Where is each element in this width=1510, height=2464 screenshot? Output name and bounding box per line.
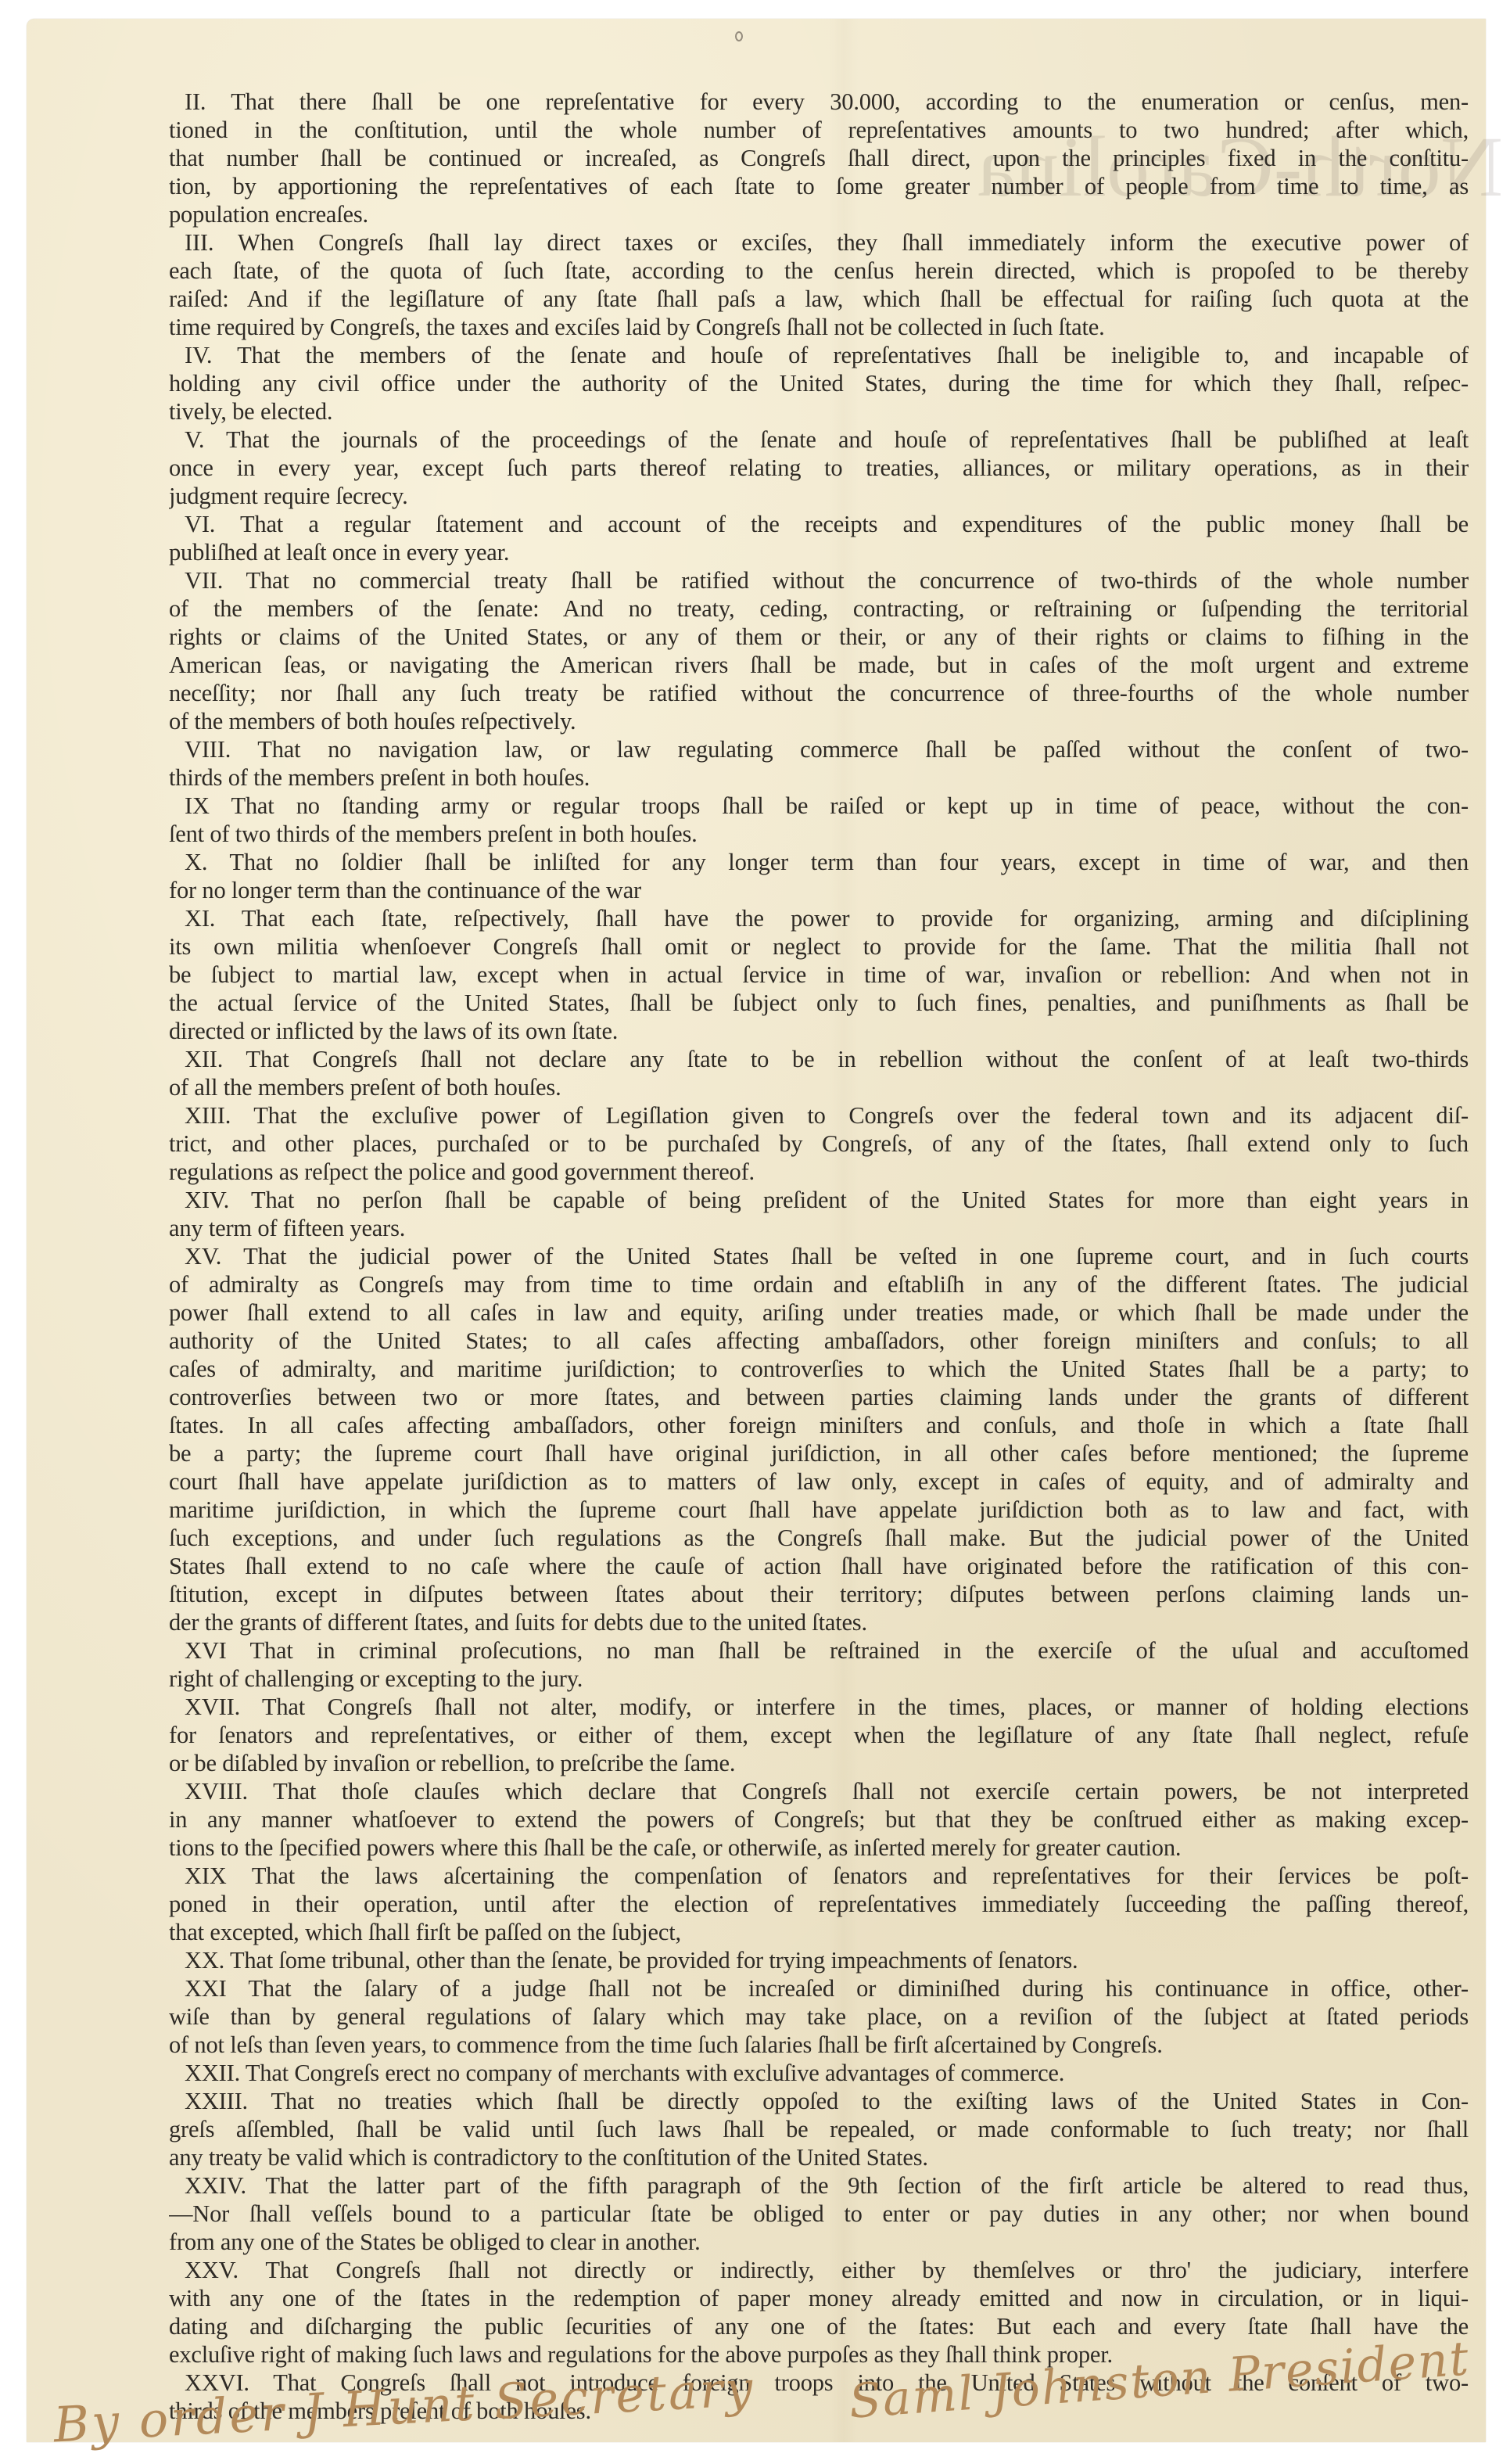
- article-first-line: XVI That in criminal proſecutions, no ma…: [169, 1636, 1469, 1665]
- text-line: —Nor ſhall veſſels bound to a particular…: [169, 2200, 1469, 2228]
- text-line: court ſhall have appelate juriſdiction a…: [169, 1467, 1469, 1496]
- text-line: of the members of both houſes reſpective…: [169, 707, 1469, 735]
- text-line: regulations as reſpect the police and go…: [169, 1158, 1469, 1186]
- article-first-line: XXIII. That no treaties which ſhall be d…: [169, 2087, 1469, 2115]
- text-line: ſtitution, except in diſputes between ſt…: [169, 1580, 1469, 1608]
- text-line: any term of fifteen years.: [169, 1214, 1469, 1242]
- text-line: or be diſabled by invaſion or rebellion,…: [169, 1749, 1469, 1777]
- text-line: that number ſhall be continued or increa…: [169, 144, 1469, 172]
- text-line: trict, and other places, purchaſed or to…: [169, 1130, 1469, 1158]
- text-line: American ſeas, or navigating the America…: [169, 651, 1469, 679]
- article-first-line: VIII. That no navigation law, or law reg…: [169, 735, 1469, 763]
- text-line: directed or inflicted by the laws of its…: [169, 1017, 1469, 1045]
- text-line: the actual ſervice of the United States,…: [169, 989, 1469, 1017]
- text-line: be ſubject to martial law, except when i…: [169, 961, 1469, 989]
- article-first-line: XXII. That Congreſs erect no company of …: [169, 2059, 1469, 2087]
- article-first-line: XII. That Congreſs ſhall not declare any…: [169, 1045, 1469, 1073]
- text-line: holding any civil office under the autho…: [169, 369, 1469, 397]
- text-line: caſes of admiralty, and maritime juriſdi…: [169, 1355, 1469, 1383]
- text-line: ſent of two thirds of the members preſen…: [169, 820, 1469, 848]
- text-line: tion, by apportioning the repreſentative…: [169, 172, 1469, 200]
- text-line: for no longer term than the continuance …: [169, 876, 1469, 904]
- text-line: tively, be elected.: [169, 397, 1469, 426]
- text-line: right of challenging or excepting to the…: [169, 1665, 1469, 1693]
- text-line: tioned in the conſtitution, until the wh…: [169, 116, 1469, 144]
- article-first-line: XVIII. That thoſe clauſes which declare …: [169, 1777, 1469, 1805]
- article-first-line: XV. That the judicial power of the Unite…: [169, 1242, 1469, 1270]
- article-first-line: X. That no ſoldier ſhall be inliſted for…: [169, 848, 1469, 876]
- text-line: its own militia whenſoever Congreſs ſhal…: [169, 932, 1469, 961]
- text-line: be a party; the ſupreme court ſhall have…: [169, 1439, 1469, 1467]
- article-first-line: III. When Congreſs ſhall lay direct taxe…: [169, 228, 1469, 257]
- text-line: States ſhall extend to no caſe where the…: [169, 1552, 1469, 1580]
- text-line: thirds of the members preſent in both ho…: [169, 763, 1469, 792]
- text-line: time required by Congreſs, the taxes and…: [169, 313, 1469, 341]
- text-line: ſuch exceptions, and under ſuch regulati…: [169, 1524, 1469, 1552]
- text-line: greſs aſſembled, ſhall be valid until ſu…: [169, 2115, 1469, 2143]
- article-first-line: IV. That the members of the ſenate and h…: [169, 341, 1469, 369]
- text-line: judgment require ſecrecy.: [169, 482, 1469, 510]
- text-line: neceſſity; nor ſhall any ſuch treaty be …: [169, 679, 1469, 707]
- text-line: each ſtate, of the quota of ſuch ſtate, …: [169, 257, 1469, 285]
- text-line: of not leſs than ſeven years, to commenc…: [169, 2031, 1469, 2059]
- text-line: power ſhall extend to all caſes in law a…: [169, 1298, 1469, 1327]
- text-line: controverſies between two or more ſtates…: [169, 1383, 1469, 1411]
- text-line: for ſenators and repreſentatives, or eit…: [169, 1721, 1469, 1749]
- article-first-line: VII. That no commercial treaty ſhall be …: [169, 566, 1469, 594]
- article-first-line: XIII. That the excluſive power of Legiſl…: [169, 1101, 1469, 1130]
- text-line: of admiralty as Congreſs may from time t…: [169, 1270, 1469, 1298]
- article-first-line: V. That the journals of the proceedings …: [169, 426, 1469, 454]
- text-line: poned in their operation, until after th…: [169, 1890, 1469, 1918]
- text-line: once in every year, except ſuch parts th…: [169, 454, 1469, 482]
- text-line: raiſed: And if the legiſlature of any ſt…: [169, 285, 1469, 313]
- amendments-text: II. That there ſhall be one repreſentati…: [169, 88, 1469, 2425]
- text-line: wiſe than by general regulations of ſala…: [169, 2002, 1469, 2031]
- article-first-line: IX That no ſtanding army or regular troo…: [169, 792, 1469, 820]
- article-first-line: XXI That the ſalary of a judge ſhall not…: [169, 1974, 1469, 2002]
- text-line: maritime juriſdiction, in which the ſupr…: [169, 1496, 1469, 1524]
- text-line: ſtates. In all caſes affecting ambaſſado…: [169, 1411, 1469, 1439]
- text-line: of all the members preſent of both houſe…: [169, 1073, 1469, 1101]
- text-line: any treaty be valid which is contradicto…: [169, 2143, 1469, 2171]
- article-first-line: XX. That ſome tribunal, other than the ſ…: [169, 1946, 1469, 1974]
- article-first-line: XVII. That Congreſs ſhall not alter, mod…: [169, 1693, 1469, 1721]
- article-first-line: XIX That the laws aſcertaining the compe…: [169, 1862, 1469, 1890]
- article-first-line: XI. That each ſtate, reſpectively, ſhall…: [169, 904, 1469, 932]
- ink-mark: [735, 31, 743, 41]
- text-line: dating and diſcharging the public ſecuri…: [169, 2312, 1469, 2340]
- text-line: population encreaſes.: [169, 200, 1469, 228]
- text-line: of the members of the ſenate: And no tre…: [169, 594, 1469, 623]
- text-line: tions to the ſpecified powers where this…: [169, 1834, 1469, 1862]
- text-line: rights or claims of the United States, o…: [169, 623, 1469, 651]
- text-line: der the grants of different ſtates, and …: [169, 1608, 1469, 1636]
- text-line: in any manner whatſoever to extend the p…: [169, 1805, 1469, 1834]
- article-first-line: XXV. That Congreſs ſhall not directly or…: [169, 2256, 1469, 2284]
- article-first-line: VI. That a regular ſtatement and account…: [169, 510, 1469, 538]
- article-first-line: XIV. That no perſon ſhall be capable of …: [169, 1186, 1469, 1214]
- text-line: publiſhed at leaſt once in every year.: [169, 538, 1469, 566]
- article-first-line: XXIV. That the latter part of the fifth …: [169, 2171, 1469, 2200]
- text-line: with any one of the ſtates in the redemp…: [169, 2284, 1469, 2312]
- text-line: authority of the United States; to all c…: [169, 1327, 1469, 1355]
- text-line: that excepted, which ſhall firſt be paſſ…: [169, 1918, 1469, 1946]
- article-first-line: II. That there ſhall be one repreſentati…: [169, 88, 1469, 116]
- text-line: from any one of the States be obliged to…: [169, 2228, 1469, 2256]
